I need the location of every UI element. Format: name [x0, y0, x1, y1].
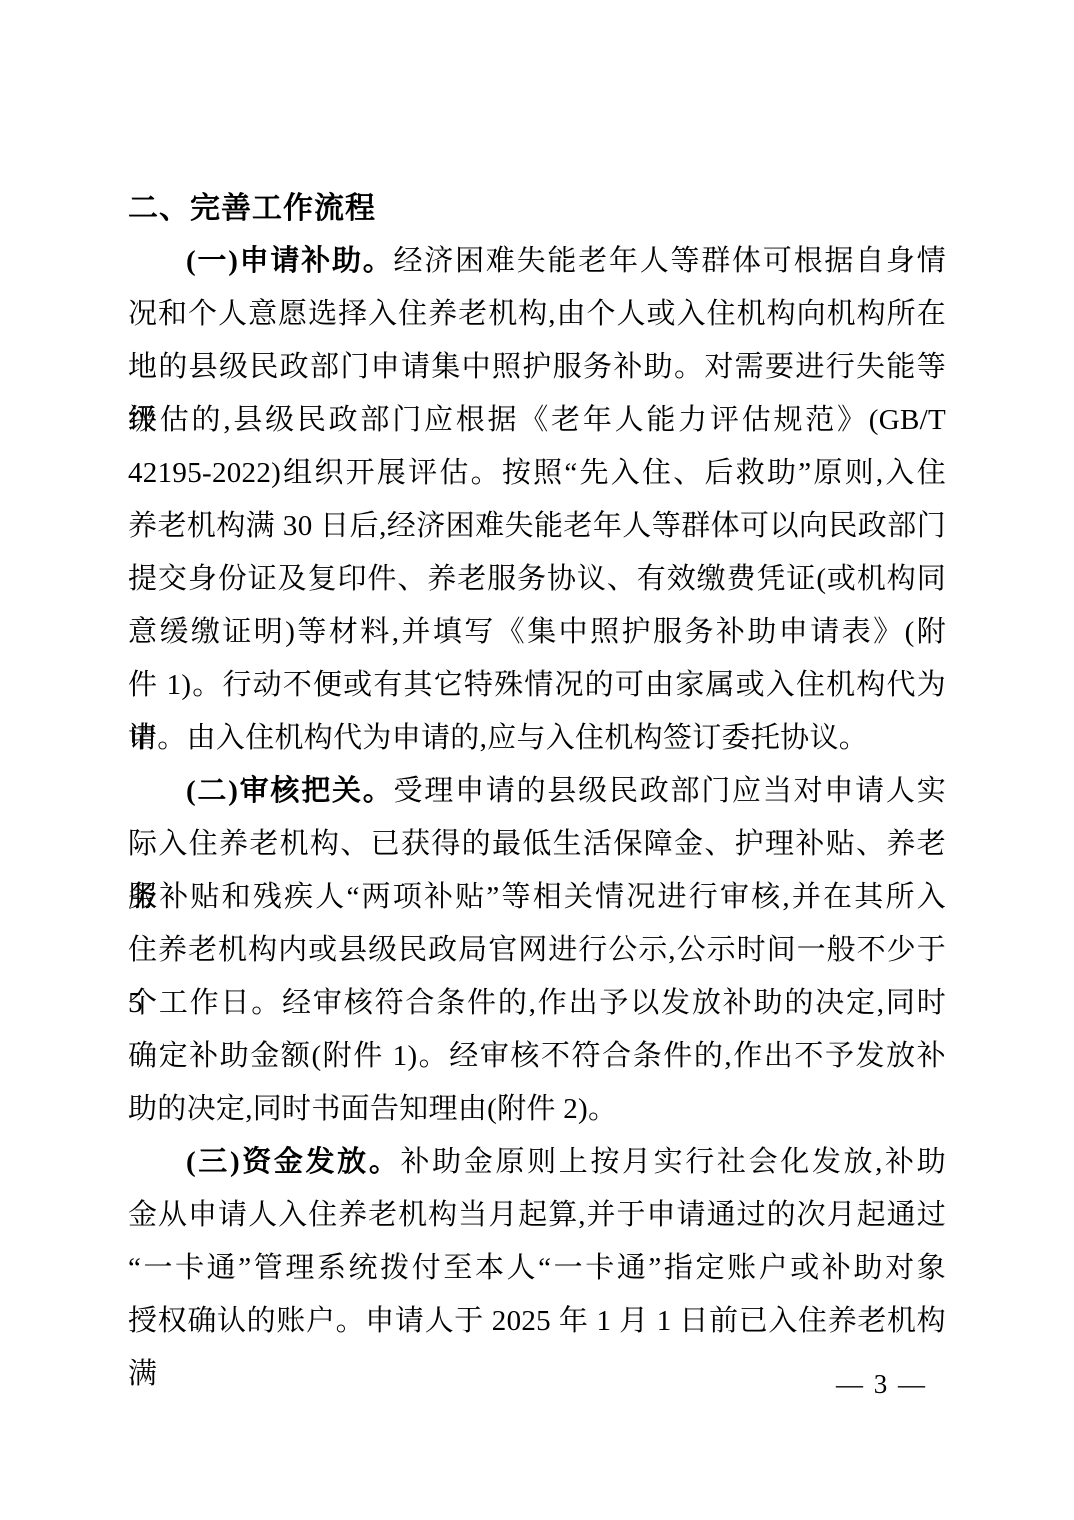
paragraph-2-last-line: 助的决定,同时书面告知理由(附件 2)。: [128, 1083, 946, 1136]
text-line: 评估的,县级民政部门应根据《老年人能力评估规范》(GB/T: [128, 394, 946, 447]
paragraph-1-last-line: 请。由入住机构代为申请的,应与入住机构签订委托协议。: [128, 712, 946, 765]
line-text: 补助金原则上按月实行社会化发放,补助: [400, 1146, 946, 1178]
text-line: 养老机构满 30 日后,经济困难失能老年人等群体可以向民政部门: [128, 500, 946, 553]
text-line: 42195-2022)组织开展评估。按照“先入住、后救助”原则,入住: [128, 447, 946, 500]
paragraph-1-label: (一)申请补助。: [186, 245, 394, 277]
page-number: — 3 —: [836, 1368, 927, 1400]
paragraph-3-label: (三)资金发放。: [186, 1146, 400, 1178]
paragraph-2-label: (二)审核把关。: [186, 775, 394, 807]
text-line: 金从申请人入住养老机构当月起算,并于申请通过的次月起通过: [128, 1189, 946, 1242]
text-line: 际入住养老机构、已获得的最低生活保障金、护理补贴、养老服: [128, 818, 946, 871]
text-line: 况和个人意愿选择入住养老机构,由个人或入住机构向机构所在: [128, 288, 946, 341]
text-line: “一卡通”管理系统拨付至本人“一卡通”指定账户或补助对象: [128, 1242, 946, 1295]
document-page: 二、完善工作流程 (一)申请补助。经济困难失能老年人等群体可根据自身情 况和个人…: [0, 0, 1074, 1520]
text-line: 确定补助金额(附件 1)。经审核不符合条件的,作出不予发放补: [128, 1030, 946, 1083]
text-line: 地的县级民政部门申请集中照护服务补助。对需要进行失能等级: [128, 341, 946, 394]
document-body: 二、完善工作流程 (一)申请补助。经济困难失能老年人等群体可根据自身情 况和个人…: [128, 182, 946, 1348]
text-line: 件 1)。行动不便或有其它特殊情况的可由家属或入住机构代为申: [128, 659, 946, 712]
paragraph-2-first-line: (二)审核把关。受理申请的县级民政部门应当对申请人实: [128, 765, 946, 818]
text-line: 务补贴和残疾人“两项补贴”等相关情况进行审核,并在其所入: [128, 871, 946, 924]
paragraph-1-first-line: (一)申请补助。经济困难失能老年人等群体可根据自身情: [128, 235, 946, 288]
text-line: 意缓缴证明)等材料,并填写《集中照护服务补助申请表》(附: [128, 606, 946, 659]
paragraph-3-first-line: (三)资金发放。补助金原则上按月实行社会化发放,补助: [128, 1136, 946, 1189]
section-heading: 二、完善工作流程: [128, 182, 946, 235]
text-line: 个工作日。经审核符合条件的,作出予以发放补助的决定,同时: [128, 977, 946, 1030]
text-line: 住养老机构内或县级民政局官网进行公示,公示时间一般不少于 5: [128, 924, 946, 977]
line-text: 受理申请的县级民政部门应当对申请人实: [394, 775, 946, 807]
text-line: 授权确认的账户。申请人于 2025 年 1 月 1 日前已入住养老机构满: [128, 1295, 946, 1348]
text-line: 提交身份证及复印件、养老服务协议、有效缴费凭证(或机构同: [128, 553, 946, 606]
line-text: 经济困难失能老年人等群体可根据自身情: [394, 245, 946, 277]
